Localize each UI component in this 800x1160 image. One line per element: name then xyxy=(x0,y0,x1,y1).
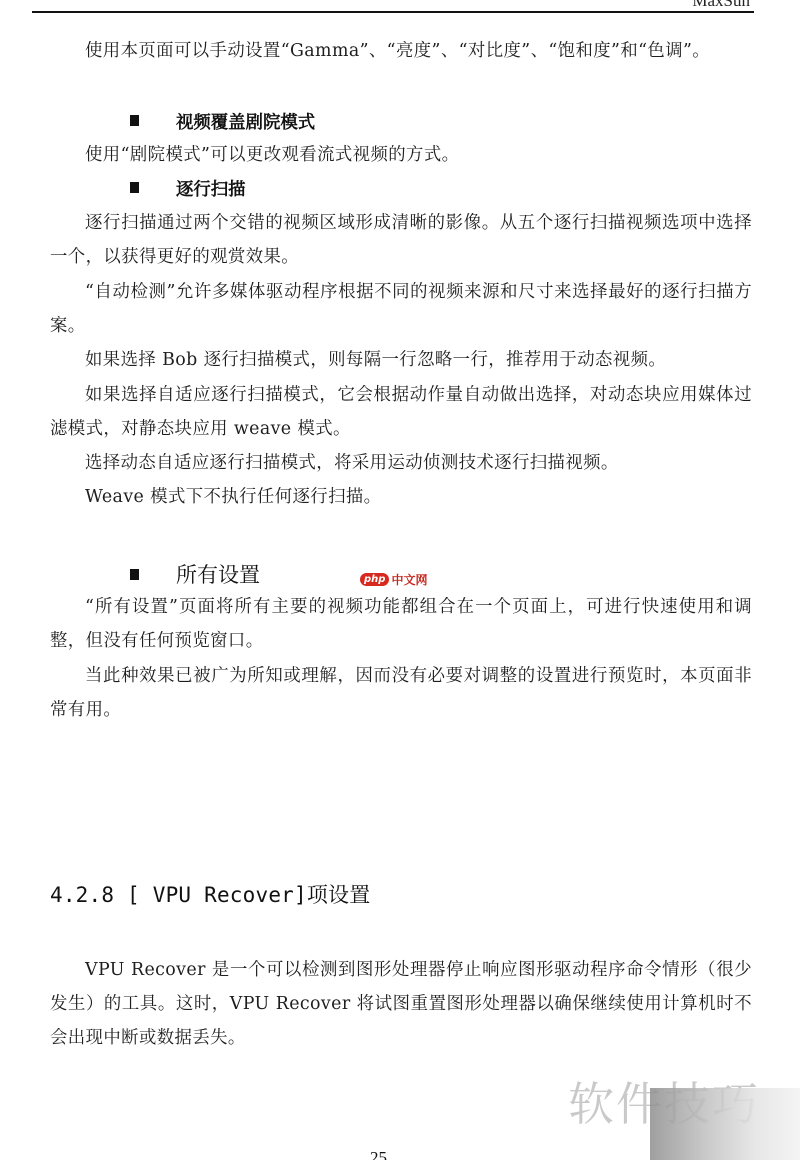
heading-all-settings-label: 所有设置 xyxy=(176,559,260,589)
heading-deinterlacing: 逐行扫描 xyxy=(130,175,246,200)
heading-deinterlacing-label: 逐行扫描 xyxy=(176,175,246,200)
heading-all-settings: 所有设置 xyxy=(130,559,260,589)
bullet-square-icon xyxy=(130,182,139,193)
paragraph-deinterlace-3: 如果选择 Bob 逐行扫描模式，则每隔一行忽略一行，推荐用于动态视频。 xyxy=(50,343,752,377)
paragraph-deinterlace-1: 逐行扫描通过两个交错的视频区域形成清晰的影像。从五个逐行扫描视频选项中选择一个，… xyxy=(50,206,752,274)
blurred-region xyxy=(650,1088,800,1160)
paragraph-intro: 使用本页面可以手动设置“Gamma”、“亮度”、“对比度”、“饱和度”和“色调”… xyxy=(50,34,752,68)
paragraph-deinterlace-5: 选择动态自适应逐行扫描模式，将采用运动侦测技术逐行扫描视频。 xyxy=(50,446,752,480)
page-number: 25 xyxy=(370,1148,387,1160)
heading-theater-mode: 视频覆盖剧院模式 xyxy=(130,108,315,133)
section-title-4-2-8: 4.2.8 [ VPU Recover]项设置 xyxy=(50,879,370,909)
header-rule xyxy=(32,11,754,13)
bullet-square-icon xyxy=(130,569,139,580)
bullet-square-icon xyxy=(130,115,139,126)
paragraph-vpu-recover: VPU Recover 是一个可以检测到图形处理器停止响应图形驱动程序命令情形（… xyxy=(50,953,752,1055)
paragraph-all-settings-2: 当此种效果已被广为所知或理解，因而没有必要对调整的设置进行预览时，本页面非常有用… xyxy=(50,659,752,727)
paragraph-deinterlace-6: Weave 模式下不执行任何逐行扫描。 xyxy=(50,480,752,514)
paragraph-deinterlace-2: “自动检测”允许多媒体驱动程序根据不同的视频来源和尺寸来选择最好的逐行扫描方案。 xyxy=(50,275,752,343)
php-watermark: php 中文网 xyxy=(360,571,427,588)
php-logo-icon: php xyxy=(360,573,389,586)
heading-theater-mode-label: 视频覆盖剧院模式 xyxy=(176,108,315,133)
php-watermark-text: 中文网 xyxy=(391,571,427,588)
paragraph-all-settings-1: “所有设置”页面将所有主要的视频功能都组合在一个页面上，可进行快速使用和调整，但… xyxy=(50,590,752,658)
paragraph-theater-desc: 使用“剧院模式”可以更改观看流式视频的方式。 xyxy=(50,138,752,172)
paragraph-deinterlace-4: 如果选择自适应逐行扫描模式，它会根据动作量自动做出选择，对动态块应用媒体过滤模式… xyxy=(50,378,752,446)
header-brand: MaxSun xyxy=(692,0,750,11)
